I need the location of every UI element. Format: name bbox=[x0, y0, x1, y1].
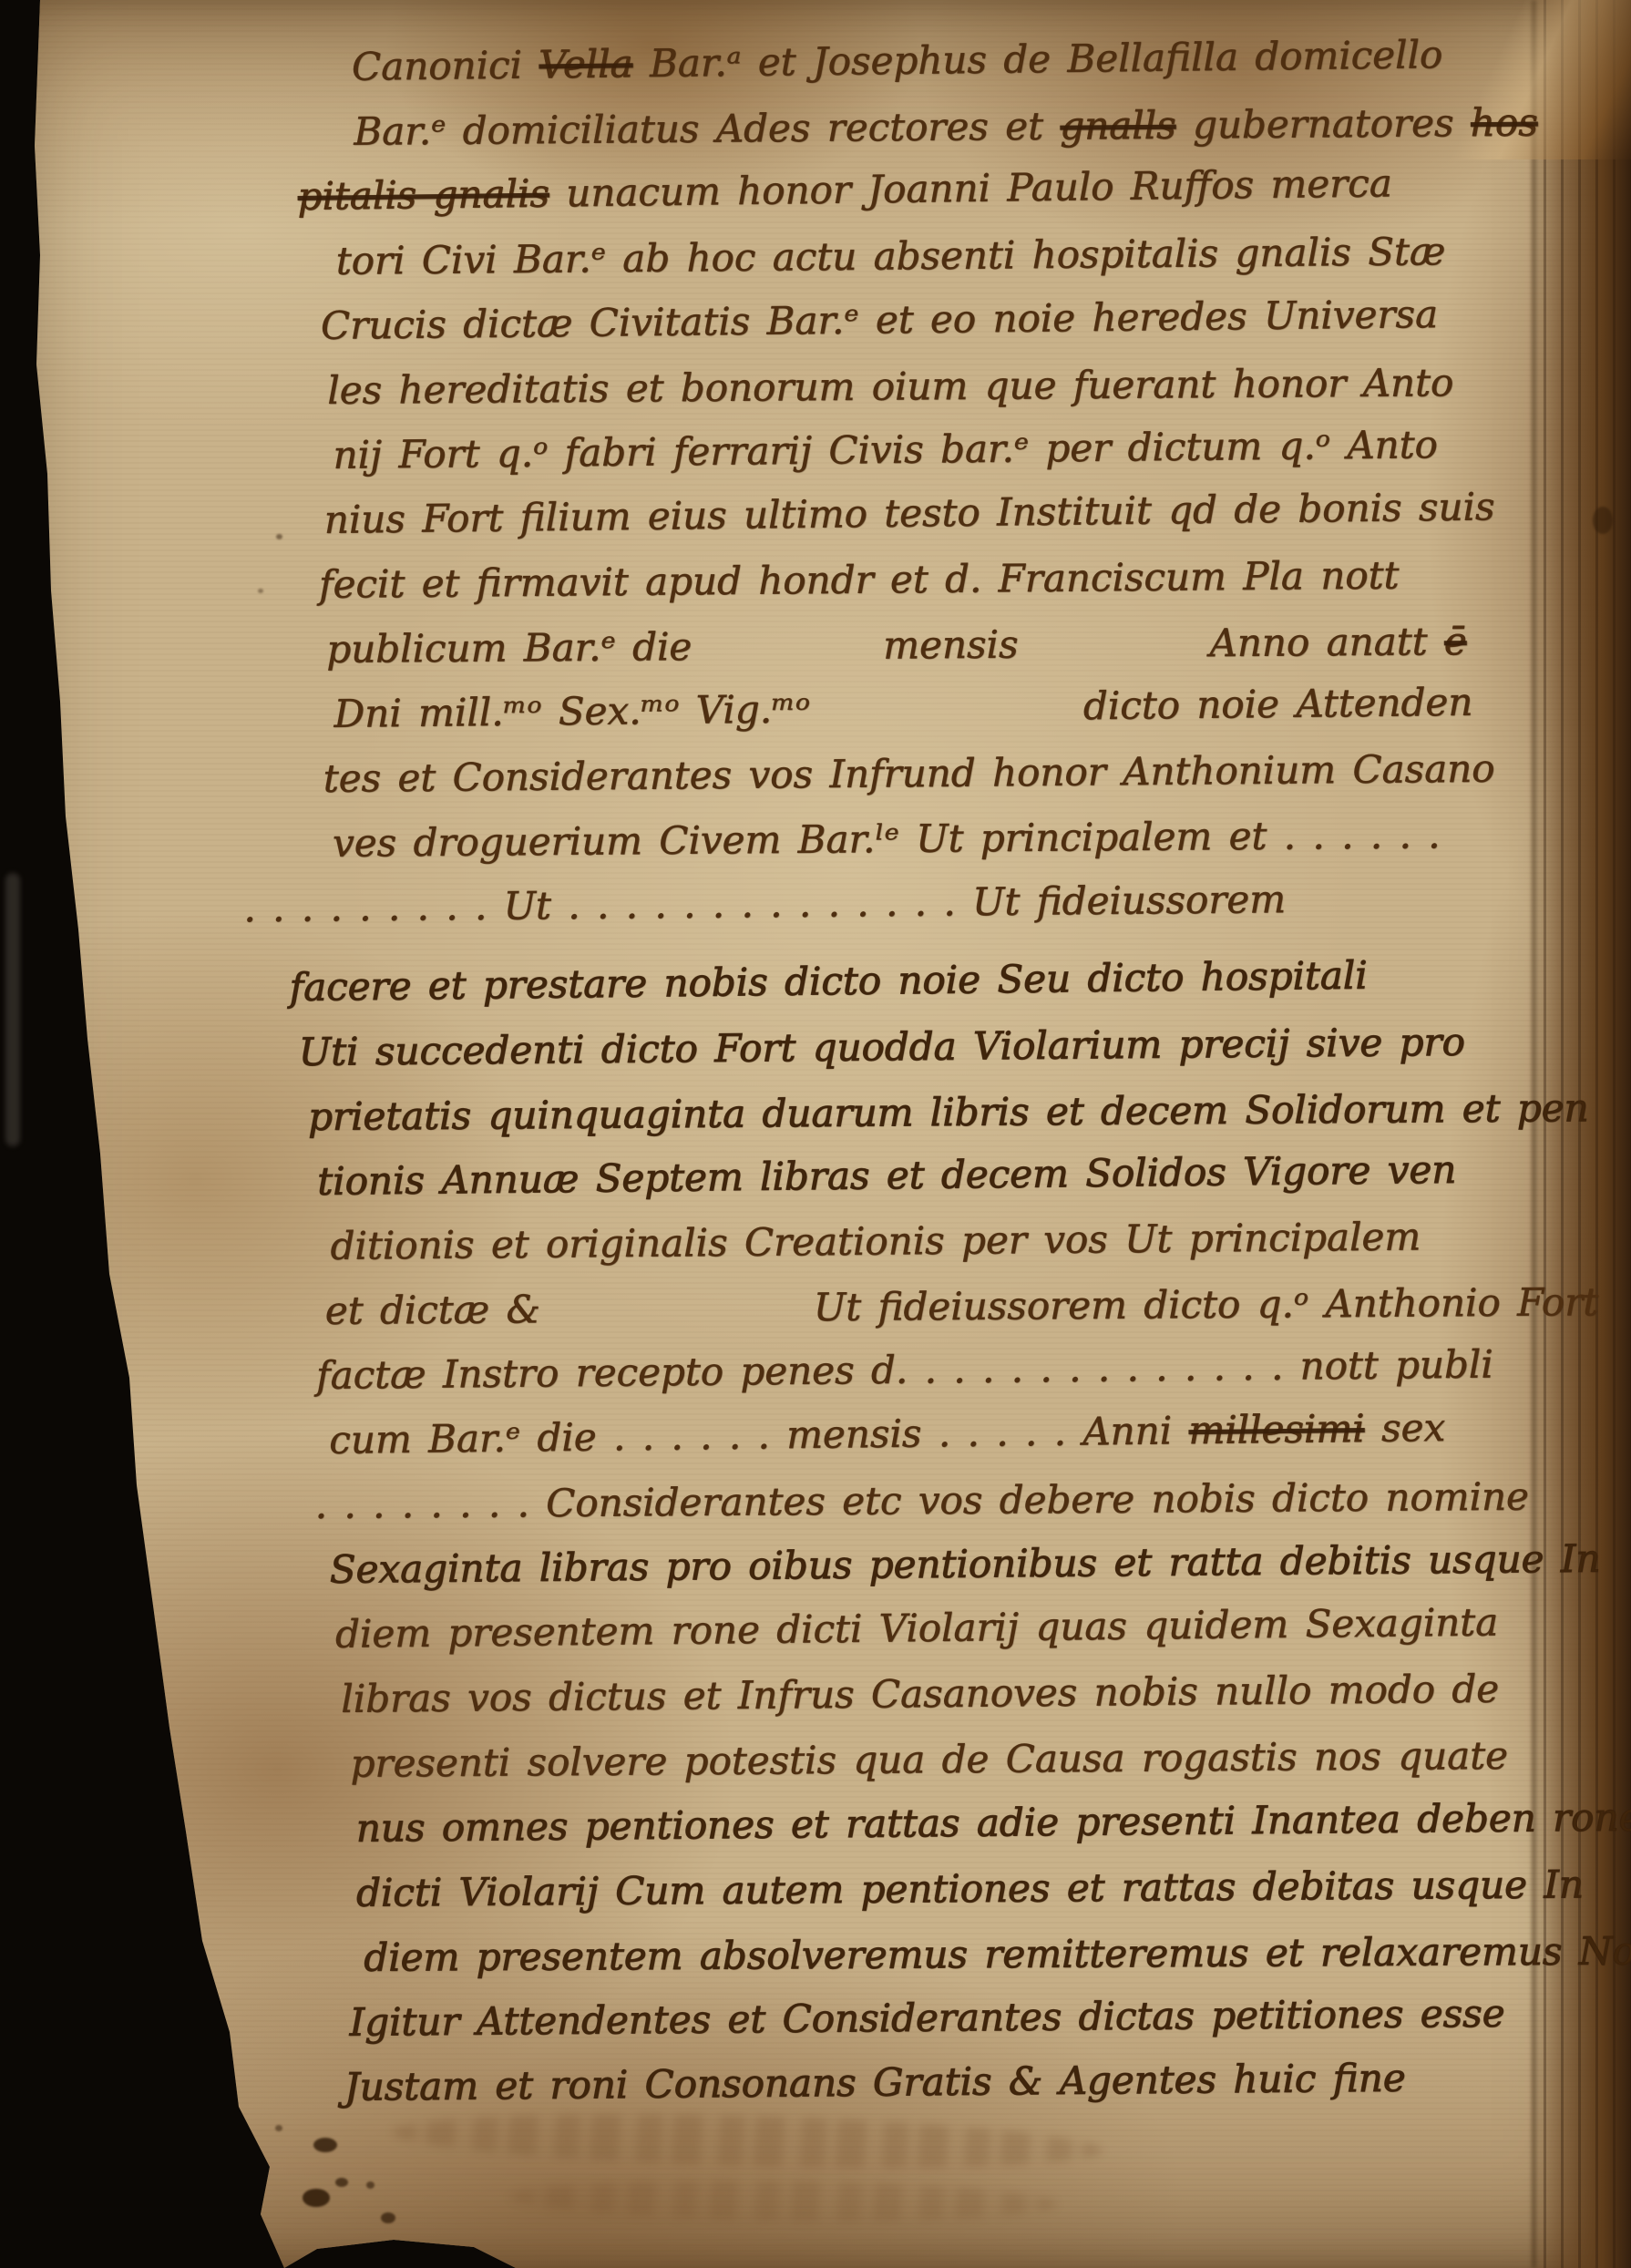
blank-date-gap bbox=[1019, 656, 1210, 657]
ink-blot bbox=[366, 2181, 374, 2189]
ink-blot bbox=[303, 2189, 330, 2207]
text-segment: tori Civi Bar.ᵉ ab hoc actu absenti hosp… bbox=[336, 229, 1446, 283]
manuscript-line: Canonici Vella Bar.ᵃ et Josephus de Bell… bbox=[352, 20, 1628, 99]
manuscript-line: . . . . . . . . . Ut . . . . . . . . . .… bbox=[243, 864, 1631, 940]
text-segment: ves droguerium Civem Bar.ˡᵉ Ut principal… bbox=[333, 812, 1441, 866]
scan-background: Canonici Vella Bar.ᵃ et Josephus de Bell… bbox=[0, 0, 1631, 2268]
text-segment: tionis Annuæ Septem libras et decem Soli… bbox=[317, 1147, 1456, 1204]
ink-blot bbox=[275, 2125, 282, 2131]
text-segment: Dni mill.ᵐᵒ Sex.ᵐᵒ Vig.ᵐᵒ bbox=[333, 686, 810, 735]
text-segment: Bar.ᵃ et Josephus de Bellafilla domicell… bbox=[632, 32, 1442, 86]
struck-text: hos bbox=[1471, 100, 1538, 146]
manuscript-line: Crucis dictæ Civitatis Bar.ᵉ et eo noie … bbox=[321, 280, 1629, 358]
text-segment: sex bbox=[1364, 1405, 1445, 1451]
text-segment: diem presentem rone dicti Violarij quas … bbox=[335, 1599, 1499, 1656]
manuscript-line: Uti succedenti dicto Fort quodda Violari… bbox=[299, 1008, 1631, 1084]
manuscript-line: tes et Considerantes vos Infrund honor A… bbox=[323, 734, 1631, 811]
struck-text: pitalis gnalis bbox=[297, 171, 549, 219]
text-segment: Bar.ᵉ domiciliatus Ades rectores et bbox=[354, 104, 1060, 154]
manuscript-line: tionis Annuæ Septem libras et decem Soli… bbox=[317, 1135, 1631, 1214]
manuscript-line: cum Bar.ᵉ die . . . . . . mensis . . . .… bbox=[329, 1393, 1631, 1473]
manuscript-line: libras vos dictus et Infrus Casanoves no… bbox=[341, 1655, 1631, 1730]
scanned-manuscript: Canonici Vella Bar.ᵃ et Josephus de Bell… bbox=[0, 0, 1631, 2268]
manuscript-line: ves droguerium Civem Bar.ˡᵉ Ut principal… bbox=[333, 801, 1631, 876]
text-segment: Ut fideiussorem dicto q.ᵒ Anthonio Fort bbox=[814, 1279, 1599, 1329]
manuscript-line: presenti solvere potestis qua de Causa r… bbox=[350, 1722, 1631, 1796]
struck-text: gnalls bbox=[1060, 103, 1176, 149]
text-segment: Uti succedenti dicto Fort quodda Violari… bbox=[299, 1020, 1465, 1074]
text-segment: Justam et roni Consonans Gratis & Agente… bbox=[344, 2056, 1406, 2109]
manuscript-line: Justam et roni Consonans Gratis & Agente… bbox=[344, 2043, 1631, 2119]
text-segment: factæ Instro recepto penes d. . . . . . … bbox=[316, 1342, 1493, 1398]
text-segment: fecit et firmavit apud hondr et d. Franc… bbox=[319, 553, 1400, 607]
text-segment: nij Fort q.ᵒ fabri ferrarij Civis bar.ᵉ … bbox=[333, 422, 1438, 477]
text-segment: Crucis dictæ Civitatis Bar.ᵉ et eo noie … bbox=[321, 292, 1438, 348]
text-segment: dicti Violarij Cum autem pentiones et ra… bbox=[356, 1862, 1584, 1914]
manuscript-line: fecit et firmavit apud hondr et d. Franc… bbox=[319, 540, 1630, 617]
text-segment: Anno anatt bbox=[1209, 619, 1444, 665]
blank-date-gap bbox=[810, 719, 1083, 722]
manuscript-text: Canonici Vella Bar.ᵃ et Josephus de Bell… bbox=[0, 30, 1631, 2120]
struck-text: ē bbox=[1444, 619, 1467, 663]
manuscript-line: nius Fort filium eius ultimo testo Insti… bbox=[323, 473, 1629, 552]
manuscript-line: diem presentem rone dicti Violarij quas … bbox=[335, 1588, 1631, 1667]
manuscript-line: dicti Violarij Cum autem pentiones et ra… bbox=[356, 1852, 1631, 1925]
manuscript-line: diem presentem absolveremus remitteremus… bbox=[364, 1918, 1631, 1989]
manuscript-line: ditionis et originalis Creationis per vo… bbox=[330, 1202, 1631, 1278]
text-segment: gubernatores bbox=[1176, 100, 1472, 148]
text-segment: Sexaginta libras pro oibus pentionibus e… bbox=[330, 1536, 1601, 1592]
text-segment: . . . . . . . . . Ut . . . . . . . . . .… bbox=[243, 877, 1286, 930]
manuscript-line: . . . . . . . . Considerantes etc vos de… bbox=[314, 1463, 1631, 1537]
text-segment: prietatis quinquaginta duarum libris et … bbox=[308, 1085, 1589, 1139]
text-segment: diem presentem absolveremus remitteremus… bbox=[364, 1928, 1631, 1979]
text-segment: les hereditatis et bonorum oium que fuer… bbox=[327, 360, 1453, 413]
text-segment: tes et Considerantes vos Infrund honor A… bbox=[323, 746, 1495, 801]
manuscript-line: Igitur Attendentes et Considerantes dict… bbox=[349, 1980, 1631, 2055]
text-segment: cum Bar.ᵉ die . . . . . . mensis . . . .… bbox=[329, 1408, 1189, 1462]
text-segment: Canonici bbox=[352, 42, 539, 88]
text-segment: nus omnes pentiones et rattas adie prese… bbox=[356, 1794, 1631, 1850]
manuscript-line: nus omnes pentiones et rattas adie prese… bbox=[356, 1785, 1631, 1861]
bleedthrough-mark bbox=[510, 2176, 1058, 2225]
ink-blot bbox=[381, 2212, 395, 2223]
ink-blot bbox=[313, 2138, 337, 2152]
blank-date-gap bbox=[692, 659, 883, 660]
text-segment: dicto noie Attenden bbox=[1083, 680, 1473, 728]
text-segment: . . . . . . . . Considerantes etc vos de… bbox=[314, 1474, 1529, 1527]
manuscript-line: facere et prestare nobis dicto noie Seu … bbox=[289, 939, 1631, 1020]
text-segment: Igitur Attendentes et Considerantes dict… bbox=[349, 1991, 1504, 2045]
blank-date-gap bbox=[540, 1320, 814, 1322]
text-segment: libras vos dictus et Infrus Casanoves no… bbox=[341, 1667, 1499, 1721]
text-segment: unacum honor Joanni Paulo Ruffos merca bbox=[549, 160, 1392, 215]
text-segment: presenti solvere potestis qua de Causa r… bbox=[350, 1733, 1508, 1786]
manuscript-line: Dni mill.ᵐᵒ Sex.ᵐᵒ Vig.ᵐᵒdicto noie Atte… bbox=[333, 668, 1630, 746]
text-segment: nius Fort filium eius ultimo testo Insti… bbox=[324, 484, 1495, 542]
text-segment: ditionis et originalis Creationis per vo… bbox=[330, 1214, 1421, 1267]
text-segment: et dictæ & bbox=[325, 1287, 540, 1333]
text-segment: mensis bbox=[883, 622, 1019, 668]
text-segment: facere et prestare nobis dicto noie Seu … bbox=[289, 953, 1368, 1010]
manuscript-page: Canonici Vella Bar.ᵃ et Josephus de Bell… bbox=[0, 0, 1631, 2268]
struck-text: millesimi bbox=[1188, 1406, 1365, 1452]
text-segment: publicum Bar.ᵉ die bbox=[326, 624, 692, 672]
ink-blot bbox=[335, 2178, 348, 2187]
struck-text: Vella bbox=[539, 41, 633, 87]
scan-edge-fiber bbox=[5, 873, 20, 1146]
